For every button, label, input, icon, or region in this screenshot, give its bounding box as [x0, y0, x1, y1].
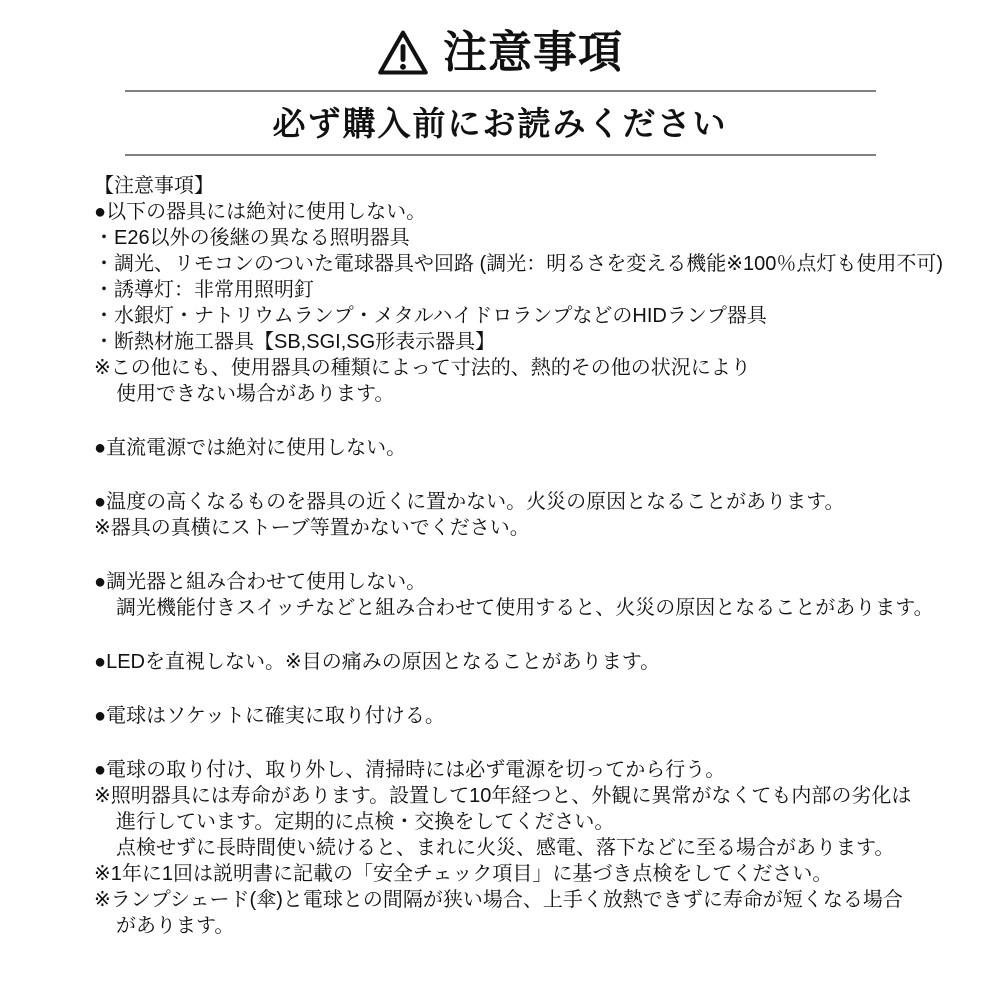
divider-top [125, 90, 876, 92]
notice-line: ●LEDを直視しない。※目の痛みの原因となることがあります。 [94, 649, 950, 675]
warning-triangle-icon [377, 28, 429, 78]
notice-line: ●電球はソケットに確実に取り付ける。 [94, 703, 950, 729]
notice-line: があります。 [94, 913, 950, 939]
notice-line: ・誘導灯：非常用照明釘 [94, 277, 950, 303]
notice-line: ※ランプシェード(傘)と電球との間隔が狭い場合、上手く放熱できずに寿命が短くなる… [94, 887, 950, 913]
notice-line: ●以下の器具には絶対に使用しない。 [94, 199, 950, 225]
page-title: 注意事項 [443, 31, 623, 75]
notice-line: ●調光器と組み合わせて使用しない。 [94, 569, 950, 595]
notice-line: ・水銀灯・ナトリウムランプ・メタルハイドロランプなどのHIDランプ器具 [94, 303, 950, 329]
page-header: 注意事項 [0, 0, 1000, 82]
page-subtitle: 必ず購入前にお読みください [0, 104, 1000, 144]
notice-line: ・調光、リモコンのついた電球器具や回路 (調光：明るさを変える機能※100％点灯… [94, 251, 950, 277]
notice-line: ・断熱材施工器具【SB,SGI,SG形表示器具】 [94, 329, 950, 355]
notice-line: ※1年に1回は説明書に記載の「安全チェック項目」に基づき点検をしてください。 [94, 861, 950, 887]
divider-bottom [125, 154, 876, 156]
notice-line: 点検せずに長時間使い続けると、まれに火災、感電、落下などに至る場合があります。 [94, 835, 950, 861]
notice-line: ●電球の取り付け、取り外し、清掃時には必ず電源を切ってから行う。 [94, 757, 950, 783]
notice-line: 調光機能付きスイッチなどと組み合わせて使用すると、火災の原因となることがあります… [94, 595, 950, 621]
notice-line: ●直流電源では絶対に使用しない。 [94, 435, 950, 461]
notice-line: ※この他にも、使用器具の種類によって寸法的、熱的その他の状況により [94, 355, 950, 381]
notice-line: ※照明器具には寿命があります。設置して10年経つと、外観に異常がなくても内部の劣… [94, 783, 950, 809]
notice-line: ・E26以外の後継の異なる照明器具 [94, 225, 950, 251]
notice-line: 進行しています。定期的に点検・交換をしてください。 [94, 809, 950, 835]
notice-line: ●温度の高くなるものを器具の近くに置かない。火災の原因となることがあります。 [94, 489, 950, 515]
notice-line: 【注意事項】 [94, 173, 950, 199]
notice-body: 【注意事項】●以下の器具には絶対に使用しない。・E26以外の後継の異なる照明器具… [0, 173, 1000, 939]
notice-line: ※器具の真横にストーブ等置かないでください。 [94, 515, 950, 541]
notice-line: 使用できない場合があります。 [94, 381, 950, 407]
notice-page: 注意事項 必ず購入前にお読みください 【注意事項】●以下の器具には絶対に使用しな… [0, 0, 1000, 1000]
